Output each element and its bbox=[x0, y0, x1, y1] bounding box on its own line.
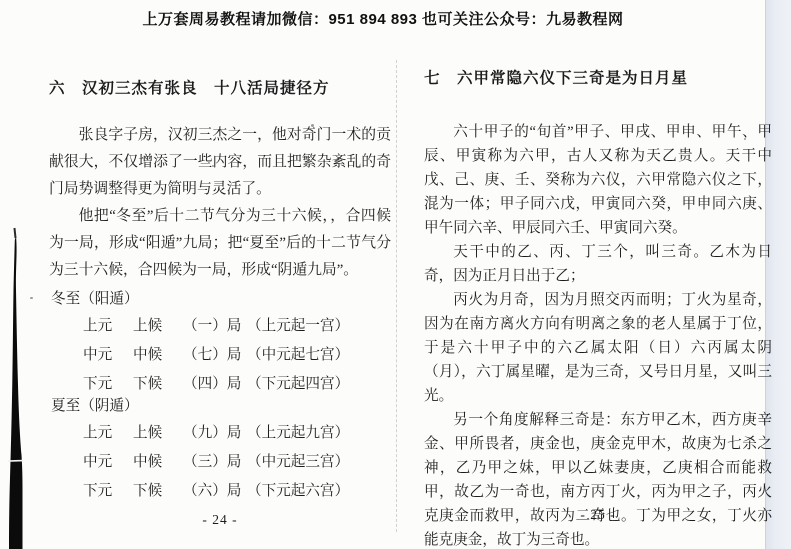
table-row: 中元 中候 （七）局 （中元起七宫） bbox=[49, 341, 391, 370]
table-cell: 上候 bbox=[133, 419, 183, 448]
table-cell: 中元 bbox=[83, 448, 133, 477]
left-page: 六 汉初三杰有张良 十八活局捷径方 张良字子房，汉初三杰之一，他对奇门一术的贡献… bbox=[49, 76, 391, 506]
paragraph: 他把“冬至”后十二节气分为三十六候，，合四候为一局，形成“阳遁”九局；把“夏至”… bbox=[49, 203, 391, 284]
scan-speckle bbox=[744, 138, 746, 140]
page-number-left: - 24 - bbox=[49, 512, 391, 528]
table-cell: （下元起四宫） bbox=[247, 370, 391, 399]
table-cell: （下元起六宫） bbox=[247, 477, 391, 506]
page-number-right: - 25 - bbox=[424, 507, 772, 523]
table-cell: 上候 bbox=[133, 312, 183, 341]
paragraph: 丙火为月奇，因为月照交丙而明；丁火为星奇，因为在南方离火方向有明离之象的老人星属… bbox=[424, 288, 772, 408]
table-row: 上元 上候 （九）局 （上元起九宫） bbox=[49, 419, 391, 448]
scan-speckle bbox=[311, 124, 314, 127]
table-cell: （六）局 bbox=[183, 477, 247, 506]
table-cell: （上元起一宫） bbox=[247, 312, 391, 341]
scan-smudge bbox=[0, 0, 30, 549]
table-cell: 下候 bbox=[133, 370, 183, 399]
table-cell: （中元起三宫） bbox=[247, 448, 391, 477]
paragraph: 天干中的乙、丙、丁三个，叫三奇。乙木为日奇，因为正月日出于乙； bbox=[424, 240, 772, 288]
table-cell: （四）局 bbox=[183, 370, 247, 399]
table-cell: 上元 bbox=[83, 312, 133, 341]
right-page-body: 六十甲子的“旬首”甲子、甲戌、甲申、甲午、甲辰、甲寅称为六甲，古人又称为天乙贵人… bbox=[424, 120, 772, 549]
table-cell: 中元 bbox=[83, 341, 133, 370]
dongzhi-table: 冬至（阳遁） 上元 上候 （一）局 （上元起一宫） 中元 中候 （七）局 （中元… bbox=[49, 286, 391, 506]
table-row: 上元 上候 （一）局 （上元起一宫） bbox=[49, 312, 391, 341]
table-cell: （一）局 bbox=[183, 312, 247, 341]
gutter-divider bbox=[396, 60, 397, 532]
scan-speckle bbox=[30, 297, 33, 299]
paragraph: 六十甲子的“旬首”甲子、甲戌、甲申、甲午、甲辰、甲寅称为六甲，古人又称为天乙贵人… bbox=[424, 120, 772, 240]
paragraph: 另一个角度解释三奇是：东方甲乙木，西方庚辛金、甲所畏者，庚金也，庚金克甲木，故庚… bbox=[424, 408, 772, 549]
season-heading: 冬至（阳遁） bbox=[51, 286, 391, 312]
scanned-book-spread: 上万套周易教程请加微信：951 894 893 也可关注公众号：九易教程网 六 … bbox=[0, 0, 791, 549]
table-cell: 下元 bbox=[83, 477, 133, 506]
table-cell: （上元起九宫） bbox=[247, 419, 391, 448]
left-page-body: 张良字子房，汉初三杰之一，他对奇门一术的贡献很大，不仅增添了一些内容，而且把繁杂… bbox=[49, 122, 391, 284]
right-page: 七 六甲常隐六仪下三奇是为日月星 六十甲子的“旬首”甲子、甲戌、甲申、甲午、甲辰… bbox=[424, 66, 772, 549]
table-cell: （九）局 bbox=[183, 419, 247, 448]
paragraph: 张良字子房，汉初三杰之一，他对奇门一术的贡献很大，不仅增添了一些内容，而且把繁杂… bbox=[49, 122, 391, 203]
table-cell: （七）局 bbox=[183, 341, 247, 370]
table-cell: （中元起七宫） bbox=[247, 341, 391, 370]
table-cell: 下候 bbox=[133, 477, 183, 506]
right-page-title: 七 六甲常隐六仪下三奇是为日月星 bbox=[424, 66, 772, 88]
table-cell: 上元 bbox=[83, 419, 133, 448]
table-cell: 中候 bbox=[133, 341, 183, 370]
scan-speckle bbox=[212, 165, 214, 167]
header-ad-note: 上万套周易教程请加微信：951 894 893 也可关注公众号：九易教程网 bbox=[0, 8, 766, 29]
table-row: 下元 下候 （六）局 （下元起六宫） bbox=[49, 477, 391, 506]
table-cell: （三）局 bbox=[183, 448, 247, 477]
table-cell: 中候 bbox=[133, 448, 183, 477]
left-page-title: 六 汉初三杰有张良 十八活局捷径方 bbox=[49, 76, 391, 98]
table-row: 中元 中候 （三）局 （中元起三宫） bbox=[49, 448, 391, 477]
